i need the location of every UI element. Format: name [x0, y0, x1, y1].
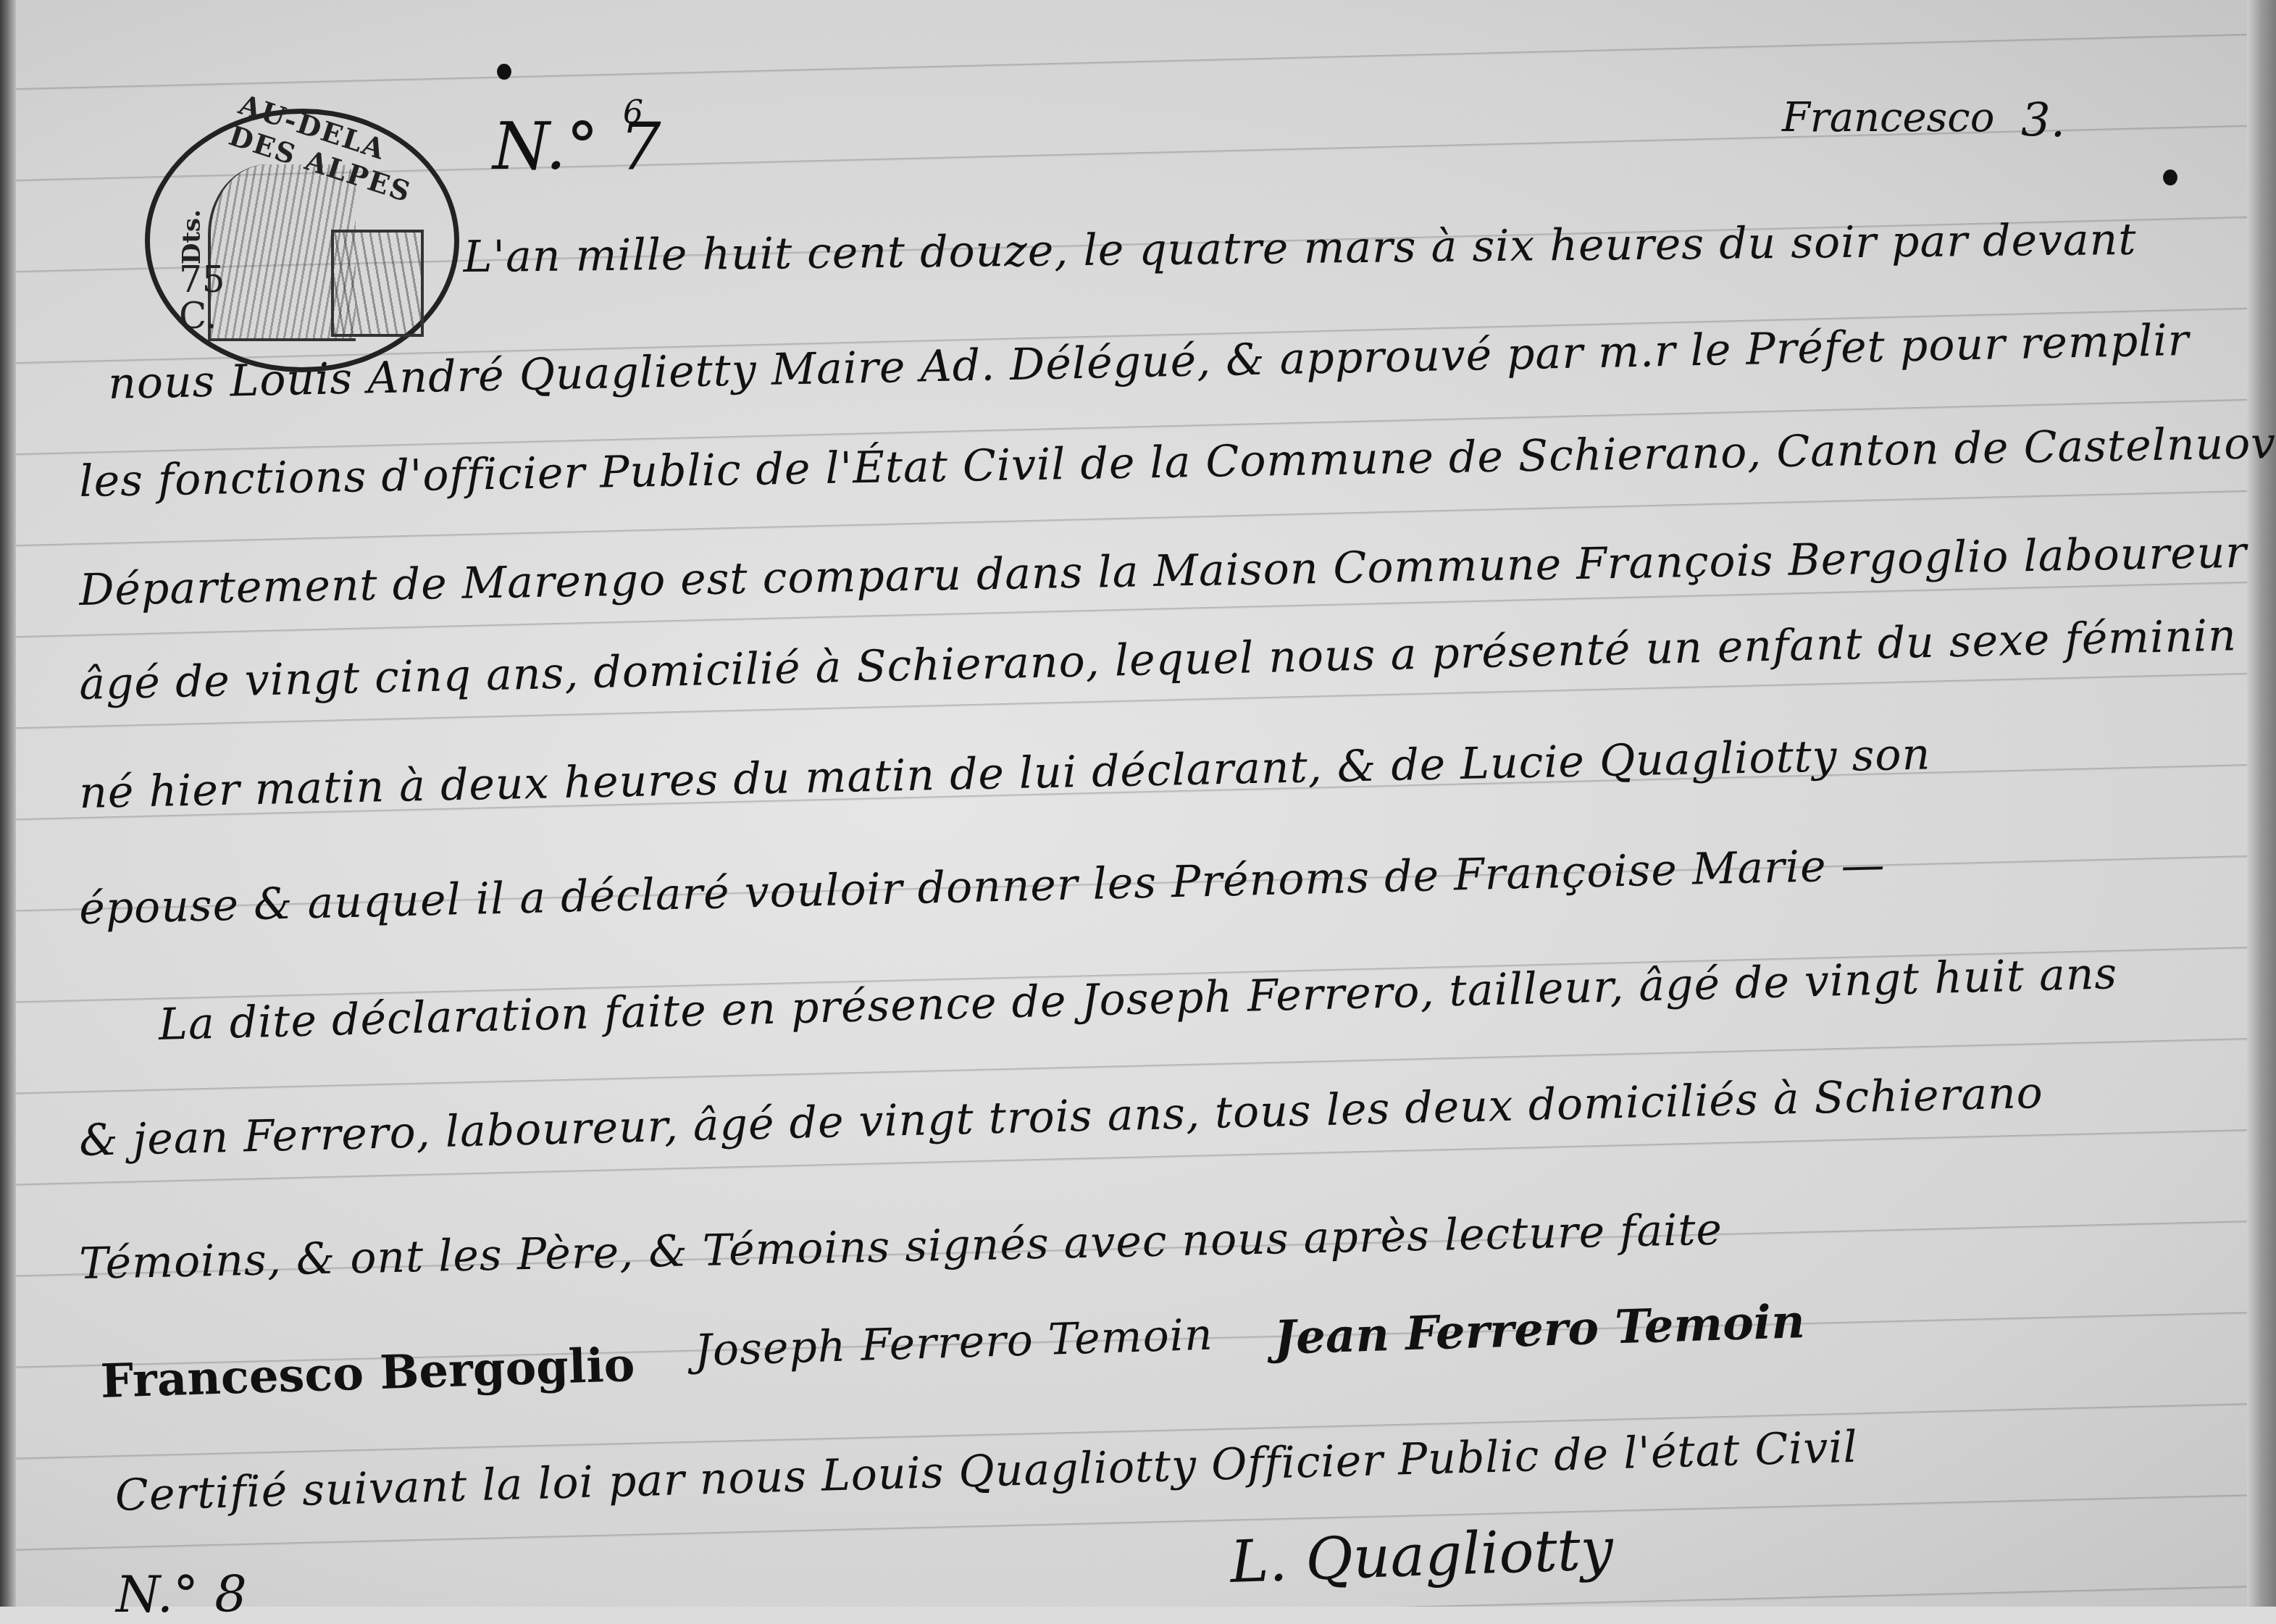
punch-hole: [2163, 169, 2177, 185]
page-edge: [2247, 0, 2276, 1607]
stamp-side-text: Dts.: [177, 209, 206, 264]
body-line-3: les fonctions d'officier Public de l'Éta…: [79, 417, 2276, 507]
body-line-7: épouse & auquel il a déclaré vouloir don…: [78, 840, 1886, 934]
certification-line: Certifié suivant la loi par nous Louis Q…: [114, 1422, 1859, 1521]
witness2-signature: Jean Ferrero Temoin: [1273, 1294, 1806, 1365]
act-number-superscript: 6: [623, 94, 643, 131]
officer-signature: L. Quagliotty: [1229, 1515, 1615, 1596]
binding-edge: [0, 0, 16, 1607]
body-line-4: Département de Marengo est comparu dans …: [79, 527, 2248, 616]
body-line-6: né hier matin à deux heures du matin de …: [79, 729, 1931, 819]
pedestal-icon: [331, 230, 424, 337]
body-line-5: âgé de vingt cinq ans, domicilié à Schie…: [78, 610, 2237, 710]
body-line-8: La dite déclaration faite en présence de…: [158, 948, 2118, 1050]
next-act-number: N.° 8: [116, 1565, 247, 1607]
corner-note-name: Francesco: [1782, 94, 1994, 141]
register-page: AU-DELA DES ALPES Dts. 75 C. N.° 7 6 Fra…: [0, 0, 2276, 1607]
punch-hole: [497, 64, 511, 80]
body-line-10: Témoins, & ont les Père, & Témoins signé…: [79, 1204, 1723, 1289]
stamp-unit: C.: [179, 295, 217, 337]
body-line-9: & jean Ferrero, laboureur, âgé de vingt …: [78, 1068, 2043, 1166]
witness1-signature: Joseph Ferrero Temoin: [694, 1310, 1214, 1376]
corner-note-number: 3.: [2021, 94, 2065, 148]
body-line-1: L'an mille huit cent douze, le quatre ma…: [463, 214, 2137, 282]
father-signature: Francesco Bergoglio: [100, 1338, 636, 1409]
revenue-stamp: AU-DELA DES ALPES Dts. 75 C.: [145, 109, 459, 372]
